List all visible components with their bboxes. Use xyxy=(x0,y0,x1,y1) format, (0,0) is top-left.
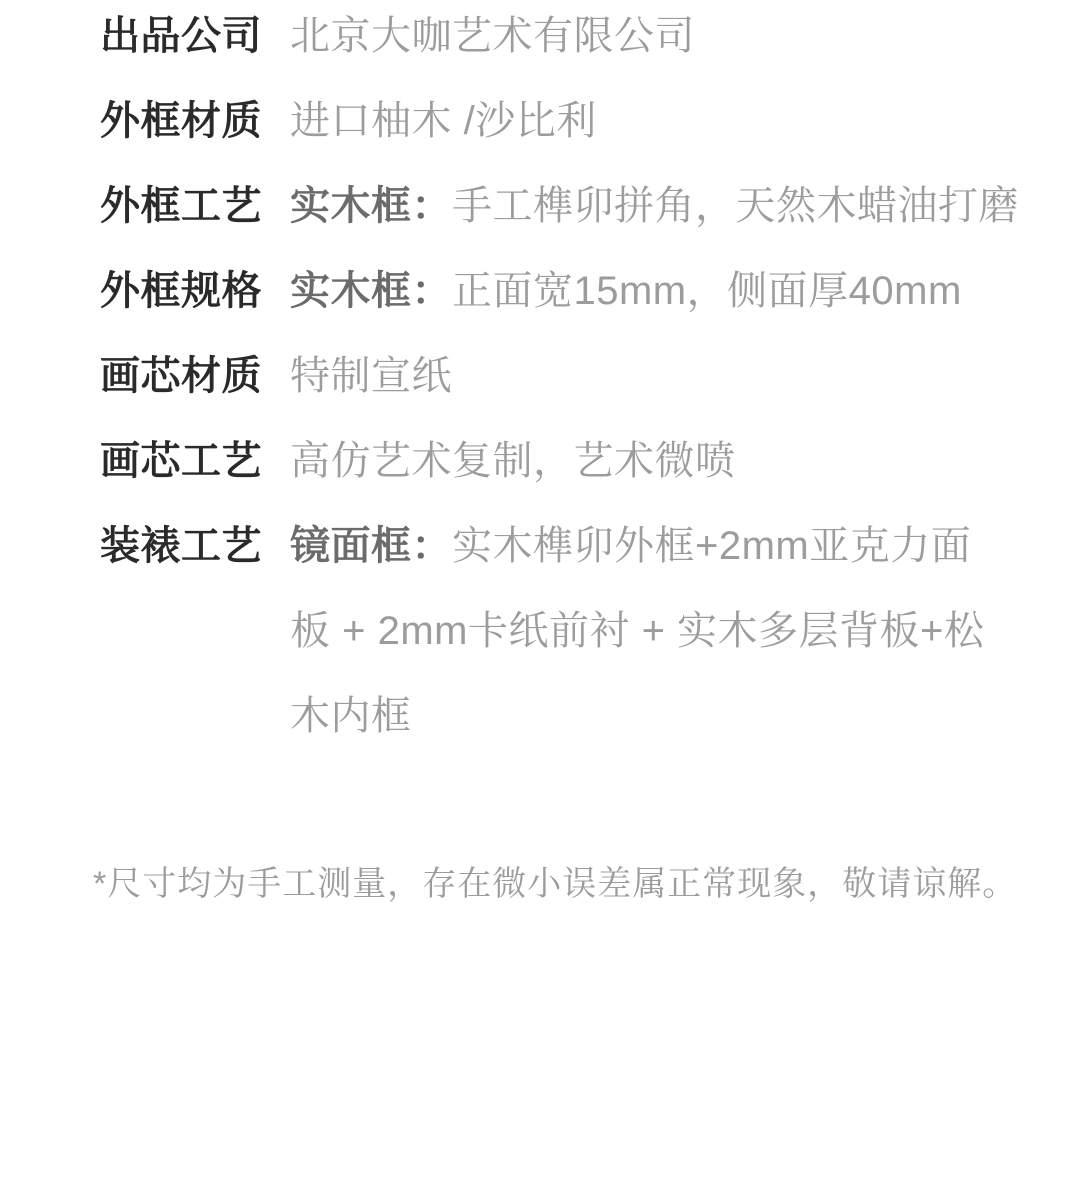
spec-row-mount-craft: 装裱工艺 镜面框：实木榫卯外框+2mm亚克力面 板 + 2mm卡纸前衬 + 实木… xyxy=(100,504,1080,759)
spec-value: 特制宣纸 xyxy=(290,334,452,419)
measurement-disclaimer: *尺寸均为手工测量，存在微小误差属正常现象，敬请谅解。 xyxy=(93,859,1080,909)
spec-label: 外框工艺 xyxy=(100,164,262,249)
spec-row-print-material: 画芯材质 特制宣纸 xyxy=(100,334,1080,419)
spec-label: 外框规格 xyxy=(100,249,262,334)
spec-value: 北京大咖艺术有限公司 xyxy=(290,0,695,79)
spec-value-text: 高仿艺术复制，艺术微喷 xyxy=(290,439,736,483)
spec-value: 实木框：手工榫卯拼角，天然木蜡油打磨 xyxy=(290,164,1019,249)
spec-row-frame-material: 外框材质 进口柚木 /沙比利 xyxy=(100,79,1080,164)
spec-value-text: 手工榫卯拼角，天然木蜡油打磨 xyxy=(452,184,1019,228)
spec-value-text: 正面宽15mm，侧面厚40mm xyxy=(452,269,962,313)
spec-value: 高仿艺术复制，艺术微喷 xyxy=(290,419,736,504)
spec-value-text: 进口柚木 /沙比利 xyxy=(290,99,597,143)
spec-row-print-craft: 画芯工艺 高仿艺术复制，艺术微喷 xyxy=(100,419,1080,504)
spec-label: 外框材质 xyxy=(100,79,262,164)
spec-value: 镜面框：实木榫卯外框+2mm亚克力面 板 + 2mm卡纸前衬 + 实木多层背板+… xyxy=(290,504,984,759)
spec-row-frame-size: 外框规格 实木框：正面宽15mm，侧面厚40mm xyxy=(100,249,1080,334)
spec-value-prefix: 镜面框： xyxy=(290,524,452,568)
spec-value: 进口柚木 /沙比利 xyxy=(290,79,597,164)
spec-label: 装裱工艺 xyxy=(100,504,262,589)
spec-row-frame-craft: 外框工艺 实木框：手工榫卯拼角，天然木蜡油打磨 xyxy=(100,164,1080,249)
spec-value-prefix: 实木框： xyxy=(290,269,452,313)
spec-label: 画芯材质 xyxy=(100,334,262,419)
spec-label: 画芯工艺 xyxy=(100,419,262,504)
product-spec-table: 出品公司 北京大咖艺术有限公司 外框材质 进口柚木 /沙比利 外框工艺 实木框：… xyxy=(0,0,1080,759)
spec-value-text: 特制宣纸 xyxy=(290,354,452,398)
spec-label: 出品公司 xyxy=(100,0,262,79)
spec-value-prefix: 实木框： xyxy=(290,184,452,228)
spec-value-text: 北京大咖艺术有限公司 xyxy=(290,14,695,58)
spec-value: 实木框：正面宽15mm，侧面厚40mm xyxy=(290,249,962,334)
spec-row-producer: 出品公司 北京大咖艺术有限公司 xyxy=(100,0,1080,79)
